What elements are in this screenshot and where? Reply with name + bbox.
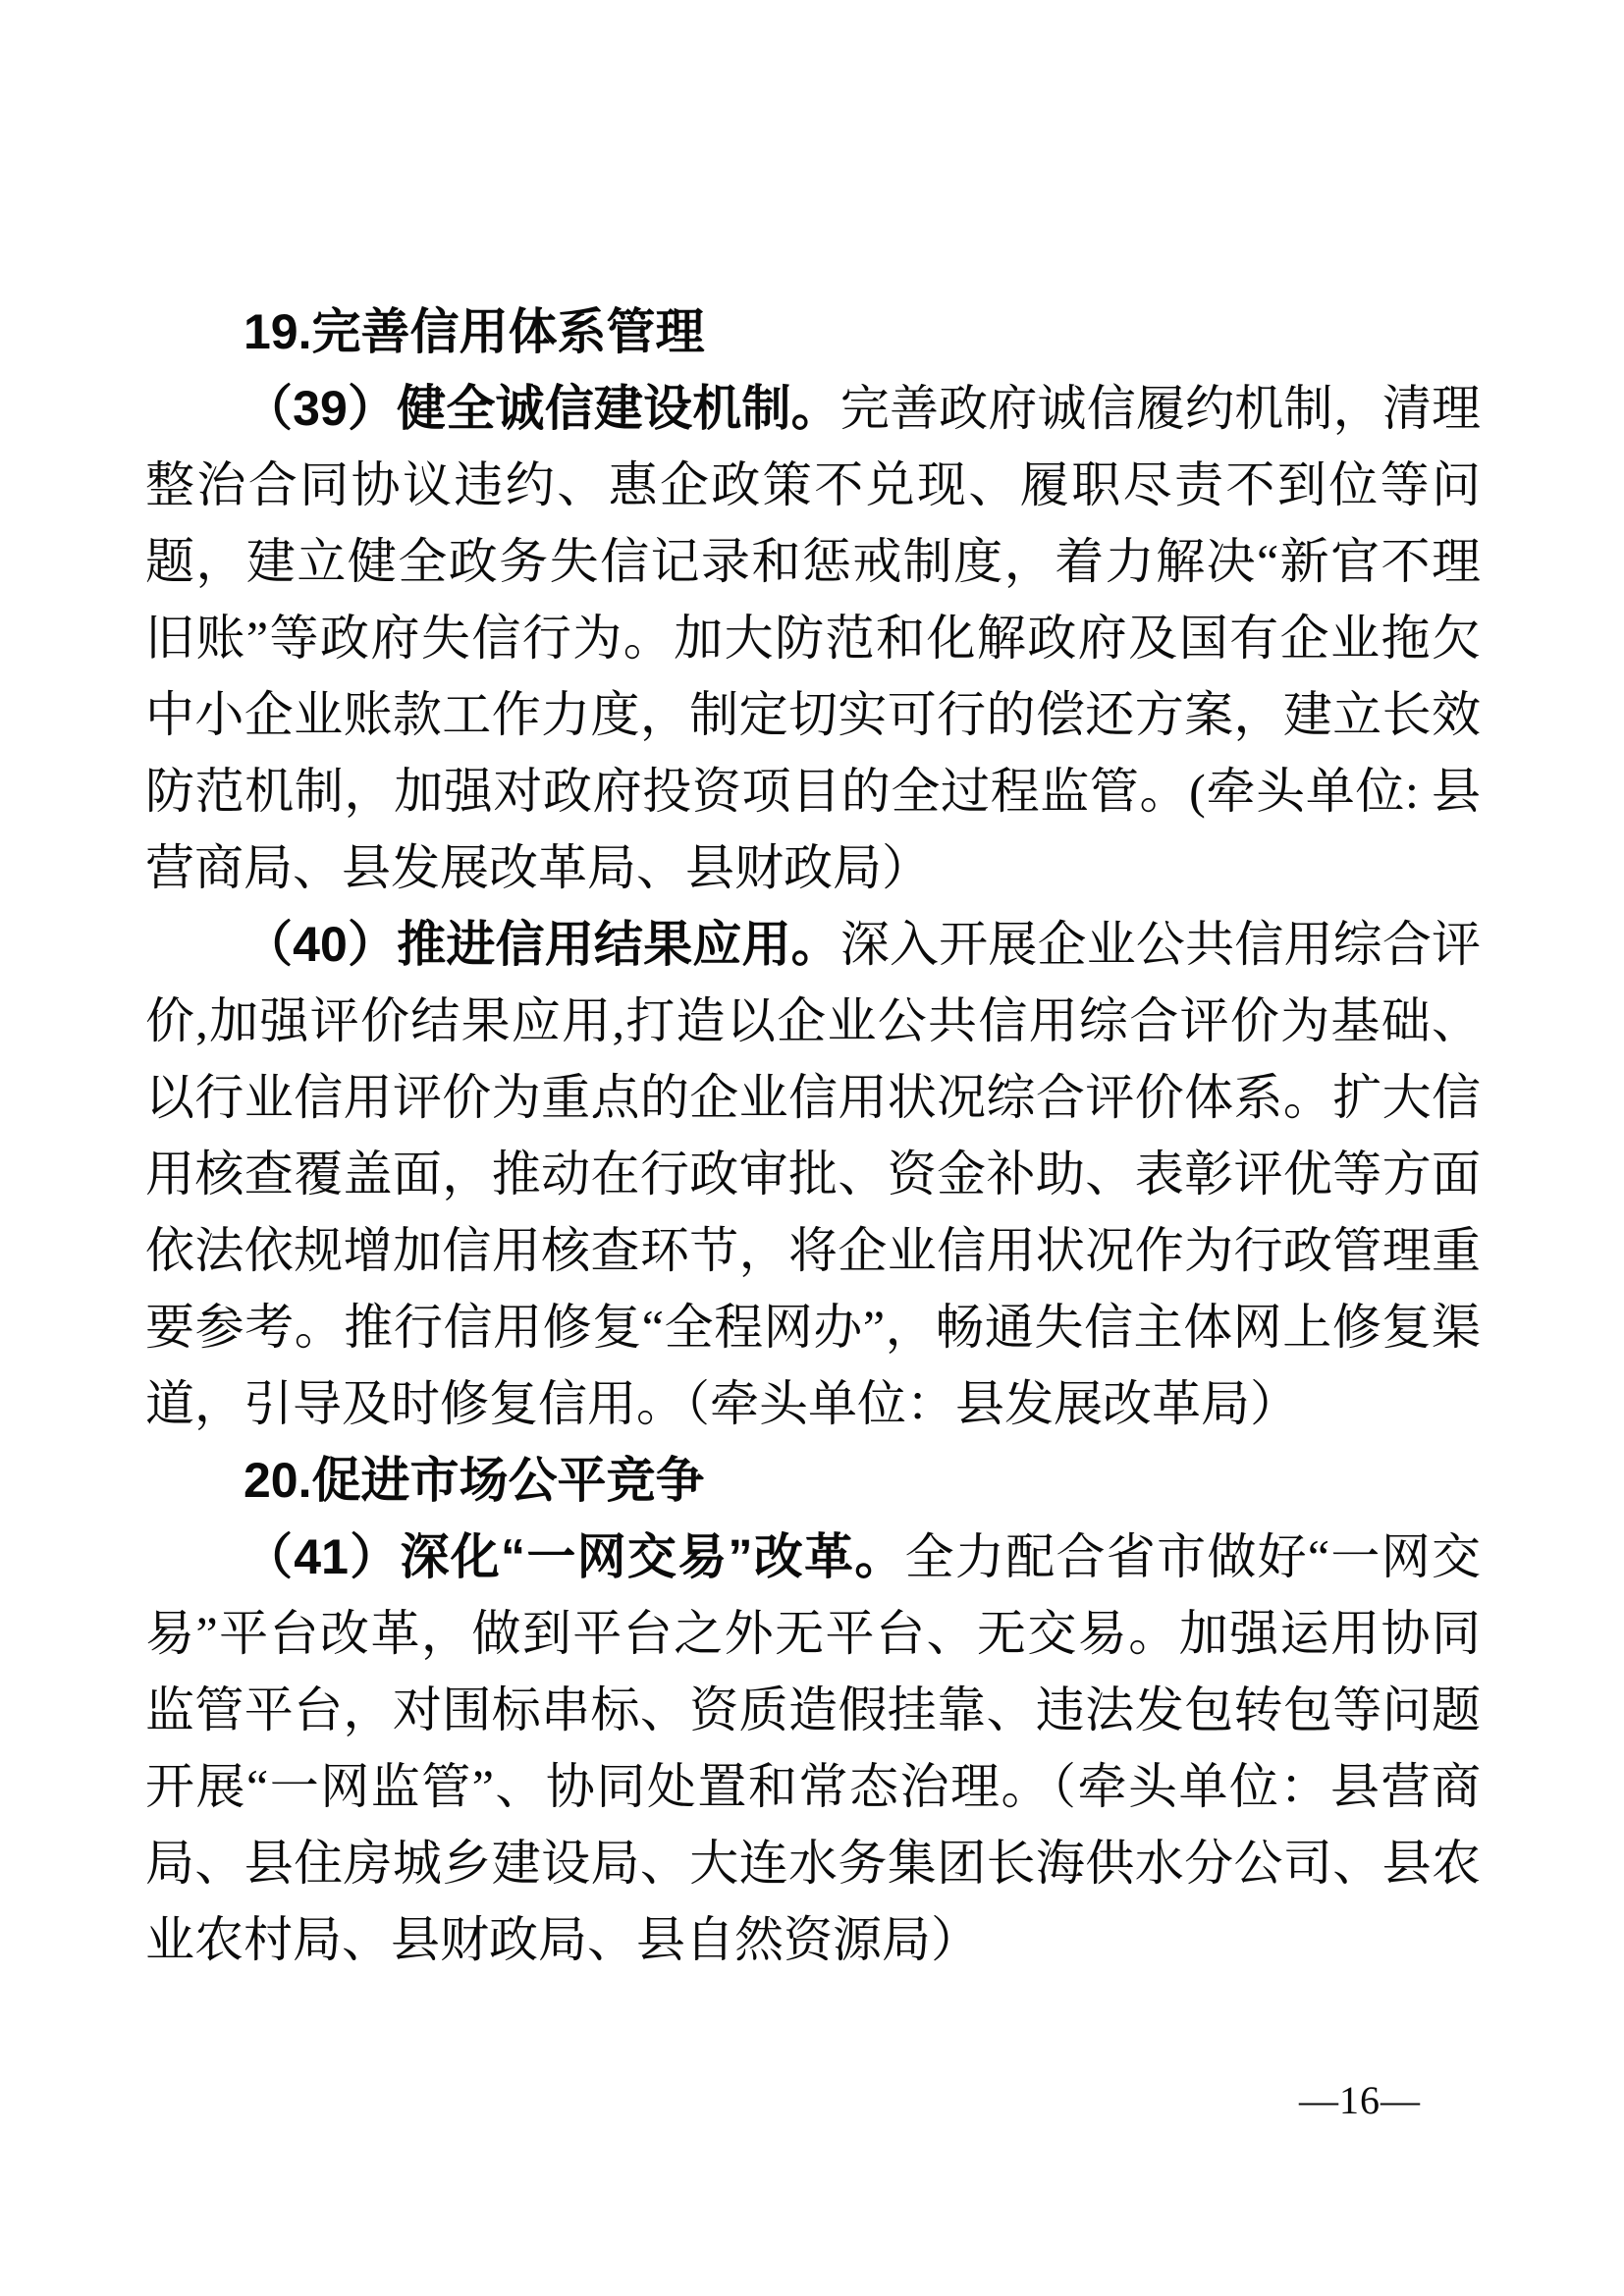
document-page: { "page": { "background": "#ffffff", "te… bbox=[0, 0, 1624, 2296]
paragraph-39-body: 完善政府诚信履约机制，清理整治合同协议违约、惠企政策不兑现、履职尽责不到位等问题… bbox=[145, 381, 1481, 895]
paragraph-41-lead: （41）深化“一网交易”改革。 bbox=[244, 1529, 905, 1584]
paragraph-41-body: 全力配合省市做好“一网交易”平台改革，做到平台之外无平台、无交易。加强运用协同监… bbox=[145, 1529, 1481, 1967]
paragraph-40: （40）推进信用结果应用。深入开展企业公共信用综合评价,加强评价结果应用,打造以… bbox=[145, 906, 1481, 1442]
paragraph-39: （39）健全诚信建设机制。完善政府诚信履约机制，清理整治合同协议违约、惠企政策不… bbox=[145, 370, 1481, 906]
section-heading-19: 19.完善信用体系管理 bbox=[145, 294, 1481, 370]
section-heading-20: 20.促进市场公平竞争 bbox=[145, 1442, 1481, 1519]
paragraph-40-body: 深入开展企业公共信用综合评价,加强评价结果应用,打造以企业公共信用综合评价为基础… bbox=[145, 917, 1481, 1431]
paragraph-39-lead: （39）健全诚信建设机制。 bbox=[244, 381, 840, 436]
document-content: 19.完善信用体系管理 （39）健全诚信建设机制。完善政府诚信履约机制，清理整治… bbox=[145, 294, 1481, 1978]
paragraph-40-lead: （40）推进信用结果应用。 bbox=[244, 917, 840, 972]
paragraph-41: （41）深化“一网交易”改革。全力配合省市做好“一网交易”平台改革，做到平台之外… bbox=[145, 1519, 1481, 1978]
page-number: —16— bbox=[1299, 2077, 1421, 2124]
